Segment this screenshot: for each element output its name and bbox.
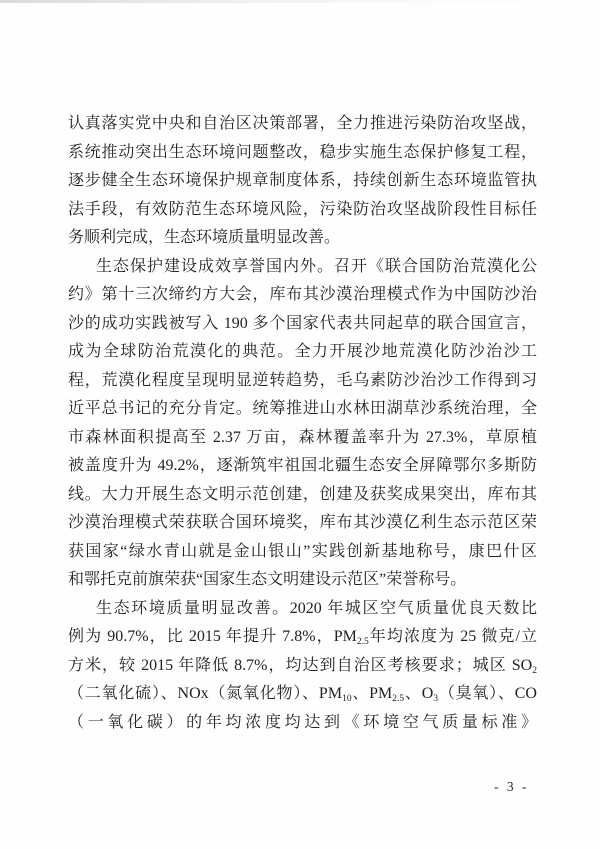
text-line: 逐步健全生态环境保护规章制度体系，持续创新生态环境监管执 — [68, 167, 537, 196]
text-line: 线。大力开展生态文明示范创建，创建及获奖成果突出，库布其 — [68, 481, 537, 510]
text-line: 方米，较 2015 年降低 8.7%，均达到自治区考核要求；城区 SO2 — [68, 652, 537, 681]
text-line: 近平总书记的充分肯定。统筹推进山水林田湖草沙系统治理，全 — [68, 395, 537, 424]
text-line: 务顺利完成，生态环境质量明显改善。 — [68, 224, 537, 253]
text-line: （二氧化硫）、NOx（氮氧化物）、PM10、PM2.5、O3（臭氧）、CO — [68, 680, 537, 709]
scan-artifact — [0, 0, 600, 3]
text-line: 成为全球防治荒漠化的典范。全力开展沙地荒漠化防沙治沙工 — [68, 338, 537, 367]
text-line: （一氧化碳）的年均浓度均达到《环境空气质量标准》 — [68, 709, 537, 738]
text-line: 沙漠治理模式荣获联合国环境奖，库布其沙漠亿利生态示范区荣 — [68, 509, 537, 538]
text-line: 认真落实党中央和自治区决策部署，全力推进污染防治攻坚战， — [68, 110, 537, 139]
text-line: 例为 90.7%，比 2015 年提升 7.8%，PM2.5年均浓度为 25 微… — [68, 623, 537, 652]
text-line: 生态环境质量明显改善。2020 年城区空气质量优良天数比 — [68, 595, 537, 624]
document-body: 认真落实党中央和自治区决策部署，全力推进污染防治攻坚战，系统推动突出生态环境问题… — [68, 110, 537, 737]
text-line: 获国家“绿水青山就是金山银山”实践创新基地称号，康巴什区 — [68, 538, 537, 567]
text-line: 沙的成功实践被写入 190 多个国家代表共同起草的联合国宣言， — [68, 310, 537, 339]
text-line: 约》第十三次缔约方大会，库布其沙漠治理模式作为中国防沙治 — [68, 281, 537, 310]
document-page: 认真落实党中央和自治区决策部署，全力推进污染防治攻坚战，系统推动突出生态环境问题… — [0, 0, 600, 849]
text-line: 和鄂托克前旗荣获“国家生态文明建设示范区”荣誉称号。 — [68, 566, 537, 595]
text-line: 系统推动突出生态环境问题整改，稳步实施生态保护修复工程， — [68, 139, 537, 168]
text-line: 被盖度升为 49.2%，逐渐筑牢祖国北疆生态安全屏障鄂尔多斯防 — [68, 452, 537, 481]
text-line: 法手段，有效防范生态环境风险，污染防治攻坚战阶段性目标任 — [68, 196, 537, 225]
page-number: - 3 - — [494, 779, 529, 795]
text-line: 程，荒漠化程度呈现明显逆转趋势，毛乌素防沙治沙工作得到习 — [68, 367, 537, 396]
text-line: 市森林面积提高至 2.37 万亩，森林覆盖率升为 27.3%，草原植 — [68, 424, 537, 453]
text-line: 生态保护建设成效享誉国内外。召开《联合国防治荒漠化公 — [68, 253, 537, 282]
